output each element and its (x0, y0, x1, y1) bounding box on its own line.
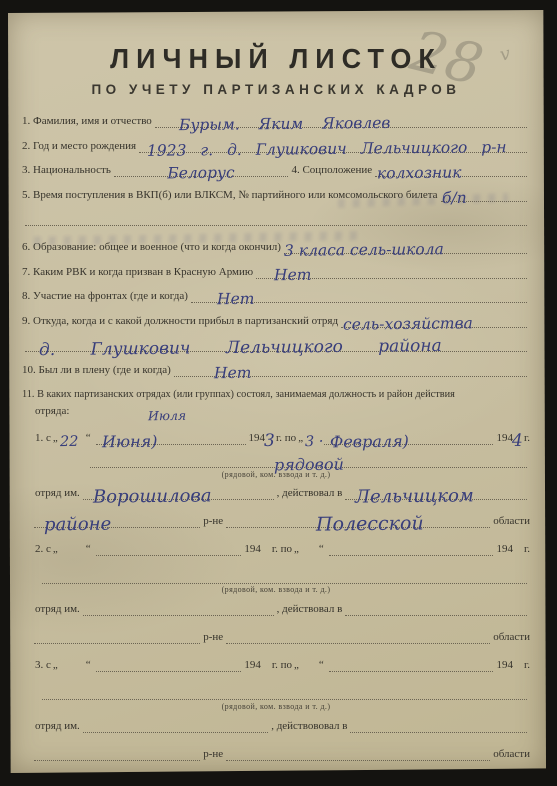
close-quote: “ (86, 659, 91, 672)
record-1-acted-label: , действовал в (277, 487, 343, 500)
record-1-position-line: рядовой (22, 454, 530, 468)
field-origin-value1: сель-хозяйства (343, 317, 473, 331)
record-2-acted-label: , действовал в (277, 603, 343, 616)
record-2-year-prefix: 194 (244, 543, 261, 556)
record-1-position: рядовой (273, 458, 343, 472)
open-quote: „ (294, 543, 299, 556)
field-social-line: колхозник (375, 163, 527, 177)
record-2-year2-box (513, 543, 524, 556)
field-birth-line: 1923 г. д. Глушкович Лельчицкого р-н (139, 139, 527, 153)
record-2-area: р-не области (22, 630, 530, 644)
field-origin-label: 9. Откуда, когда и с какой должности при… (22, 315, 338, 328)
record-1-tail: г. (524, 432, 530, 445)
record-1-month2: Февраля) (330, 435, 409, 449)
record-2-unit-label: отряд им. (35, 603, 80, 616)
record-1-day-box: 22 (60, 432, 84, 445)
record-1-month: Июня) (102, 435, 158, 449)
record-3-position-rule (42, 686, 527, 700)
field-captivity-value: Нет (214, 366, 252, 379)
record-3-year-prefix: 194 (244, 659, 261, 672)
open-quote: „ (53, 659, 58, 672)
field-nationality-label: 3. Национальность (22, 164, 111, 177)
field-party-label: 5. Время поступления в ВКП(б) или ВЛКСМ,… (22, 189, 438, 202)
form-title: ЛИЧНЫЙ ЛИСТОК (22, 44, 530, 76)
field-rvk-line: Нет (256, 265, 527, 279)
record-1-day2-box: 3 · (305, 432, 321, 445)
field-units-label-line1: 11. В каких партизанских отрядах (или гр… (22, 388, 455, 401)
field-party-line: б/п (441, 188, 527, 202)
record-3-position-hint: (рядовой, ком. взвода и т. д.) (22, 702, 530, 711)
field-nationality-line: Белорус (114, 163, 289, 177)
record-1-day: 22 (60, 436, 79, 449)
field-surname: 1. Фамилия, имя и отчество Бурым. Яким Я… (22, 114, 530, 128)
field-education-line: 3 класа сель-школа (284, 240, 527, 254)
field-party-value: б/п (441, 191, 466, 204)
form-fields: 1. Фамилия, имя и отчество Бурым. Яким Я… (22, 114, 530, 786)
field-surname-line: Бурым. Яким Яковлев (155, 114, 527, 128)
field-rvk-label: 7. Каким РВК и когда призван в Красную А… (22, 266, 253, 279)
record-3-index: 3. с (35, 659, 51, 672)
record-1-acted-line: Лельчицком (345, 486, 527, 500)
record-1-month-line: Июня)Июля (96, 431, 246, 445)
record-1-rayon-line: районе (34, 514, 200, 528)
record-2-dates: 2. с „ “ 194 г. по „ “ 194 г. (22, 542, 530, 556)
record-2-rayon-label: р-не (203, 631, 223, 644)
record-2-rayon-line (34, 630, 200, 644)
record-3-oblast-line (226, 747, 490, 761)
record-1-month2-line: Февраля) (324, 431, 493, 445)
field-education: 6. Образование: общее и военное (что и к… (22, 240, 530, 254)
field-education-label: 6. Образование: общее и военное (что и к… (22, 241, 281, 254)
record-1-oblast-label: области (493, 515, 530, 528)
close-quote: “ (319, 659, 324, 672)
record-1-year-prefix: 194 (249, 432, 266, 445)
field-units-label-line2: отряда: (22, 405, 69, 418)
record-2-position-hint: (рядовой, ком. взвода и т. д.) (22, 585, 530, 594)
field-captivity-label: 10. Был ли в плену (где и когда) (22, 364, 171, 377)
record-3-acted-line (350, 719, 527, 733)
field-rvk-value: Нет (274, 268, 312, 281)
record-3-oblast-label: области (493, 748, 530, 761)
record-2-unit: отряд им. , действовал в (22, 602, 530, 616)
record-3-year2-prefix: 194 (496, 659, 513, 672)
field-nationality-social: 3. Национальность Белорус 4. Соцположени… (22, 163, 530, 177)
field-surname-label: 1. Фамилия, имя и отчество (22, 115, 152, 128)
field-rvk: 7. Каким РВК и когда призван в Красную А… (22, 265, 530, 279)
record-2-year2-prefix: 194 (496, 543, 513, 556)
field-social-value: колхозник (377, 167, 462, 181)
close-quote: “ (86, 543, 91, 556)
record-1-year-digit: 3 (264, 435, 275, 448)
record-1-area: районе р-не Полесской области (22, 514, 530, 528)
record-3-position-line (22, 686, 530, 700)
record-2-year-box (261, 543, 272, 556)
record-1-day2: 3 · (305, 436, 324, 449)
field-wounds-label: 12. Ранения и контузии (где и когда) (22, 776, 192, 786)
field-origin-line2-rule: д. Глушкович Лельчицкого района (25, 338, 527, 352)
record-2-acted-line (345, 602, 527, 616)
field-wounds: 12. Ранения и контузии (где и когда) Нет (22, 775, 530, 786)
record-1-dates: 1. с „ 22 “ Июня)Июля 194 3 г. по „ 3 · … (22, 431, 530, 445)
record-2-position-line (22, 570, 530, 584)
field-units-header2: отряда: (22, 404, 530, 418)
record-3-mid-label: г. по (272, 659, 292, 672)
record-1-mid-label: г. по (276, 432, 296, 445)
field-party-extra-line (22, 212, 530, 226)
open-quote: „ (298, 432, 303, 445)
close-quote: “ (86, 432, 91, 445)
field-origin-line2: д. Глушкович Лельчицкого района (22, 338, 530, 352)
field-origin: 9. Откуда, когда и с какой должности при… (22, 314, 530, 328)
record-3-acted-label: , действововал в (271, 720, 347, 733)
record-3-dates: 3. с „ “ 194 г. по „ “ 194 г. (22, 658, 530, 672)
field-fronts-label: 8. Участие на фронтах (где и когда) (22, 290, 188, 303)
record-2-unit-line (83, 602, 274, 616)
field-captivity: 10. Был ли в плену (где и когда) Нет (22, 363, 530, 377)
record-3-unit-label: отряд им. (35, 720, 80, 733)
form-content: 28 v ЛИЧНЫЙ ЛИСТОК ПО УЧЕТУ ПАРТИЗАНСКИХ… (8, 10, 546, 773)
record-3-day2-box (301, 659, 317, 672)
field-birth-value: 1923 г. д. Глушкович Лельчицкого р-н (147, 141, 507, 158)
field-fronts: 8. Участие на фронтах (где и когда) Нет (22, 289, 530, 303)
document-scan: 28 v ЛИЧНЫЙ ЛИСТОК ПО УЧЕТУ ПАРТИЗАНСКИХ… (0, 0, 557, 786)
record-3-month2-line (329, 658, 494, 672)
field-origin-value2: д. Глушкович Лельчицкого района (39, 340, 442, 357)
record-1-year2-digit: 4 (512, 435, 523, 448)
record-1-index: 1. с (35, 432, 51, 445)
field-wounds-value: Нет (209, 778, 250, 786)
field-captivity-line: Нет (174, 363, 527, 377)
close-quote: “ (319, 543, 324, 556)
record-3-unit-line (83, 719, 268, 733)
record-1-unit-label: отряд им. (35, 487, 80, 500)
paper-sheet: 28 v ЛИЧНЫЙ ЛИСТОК ПО УЧЕТУ ПАРТИЗАНСКИХ… (8, 10, 546, 773)
record-2-position-rule (42, 570, 527, 584)
field-origin-line: сель-хозяйства (341, 314, 527, 328)
record-1-unit-line: Ворошилова (83, 486, 274, 500)
field-birth: 2. Год и место рождения 1923 г. д. Глушк… (22, 139, 530, 153)
record-3-unit: отряд им. , действововал в (22, 719, 530, 733)
record-1-oblast-line: Полесской (226, 514, 490, 528)
record-3-tail: г. (524, 659, 530, 672)
record-2-mid-label: г. по (272, 543, 292, 556)
record-1-rayon-value: районе (44, 517, 111, 531)
blank-line (25, 212, 527, 226)
record-1-year2-box: 4 (513, 432, 524, 445)
field-fronts-value: Нет (217, 293, 255, 306)
record-1-unit-value: Ворошилова (93, 489, 212, 503)
record-1-year2-prefix: 194 (496, 432, 513, 445)
record-1-oblast-value: Полесской (316, 517, 424, 531)
field-social-label: 4. Соцположение (291, 164, 372, 177)
record-3-year-box (261, 659, 272, 672)
field-education-value: 3 класа сель-школа (284, 243, 444, 258)
record-2-oblast-line (226, 630, 490, 644)
field-surname-value: Бурым. Яким Яковлев (179, 117, 390, 132)
record-2-day2-box (301, 543, 317, 556)
record-1-year-box: 3 (265, 432, 276, 445)
record-3-area: р-не области (22, 747, 530, 761)
record-3-rayon-label: р-не (203, 748, 223, 761)
field-birth-label: 2. Год и место рождения (22, 140, 136, 153)
record-3-day-box (60, 659, 84, 672)
record-3-month-line (96, 658, 242, 672)
open-quote: „ (294, 659, 299, 672)
record-2-index: 2. с (35, 543, 51, 556)
record-1-acted-value: Лельчицком (355, 489, 474, 503)
field-party: 5. Время поступления в ВКП(б) или ВЛКСМ,… (22, 188, 530, 202)
field-nationality-value: Белорус (167, 167, 234, 181)
field-fronts-line: Нет (191, 289, 527, 303)
record-3-rayon-line (34, 747, 200, 761)
record-1-rayon-label: р-не (203, 515, 223, 528)
field-units-header: 11. В каких партизанских отрядах (или гр… (22, 387, 530, 401)
record-1-position-rule: рядовой (90, 454, 527, 468)
record-2-oblast-label: области (493, 631, 530, 644)
field-wounds-line: Нет (195, 775, 527, 786)
record-2-month2-line (329, 542, 494, 556)
record-2-day-box (60, 543, 84, 556)
record-1-month-correction: Июля (148, 409, 186, 422)
open-quote: „ (53, 543, 58, 556)
open-quote: „ (53, 432, 58, 445)
record-3-year2-box (513, 659, 524, 672)
record-2-tail: г. (524, 543, 530, 556)
record-1-unit: отряд им. Ворошилова , действовал в Лель… (22, 486, 530, 500)
record-2-month-line (96, 542, 242, 556)
